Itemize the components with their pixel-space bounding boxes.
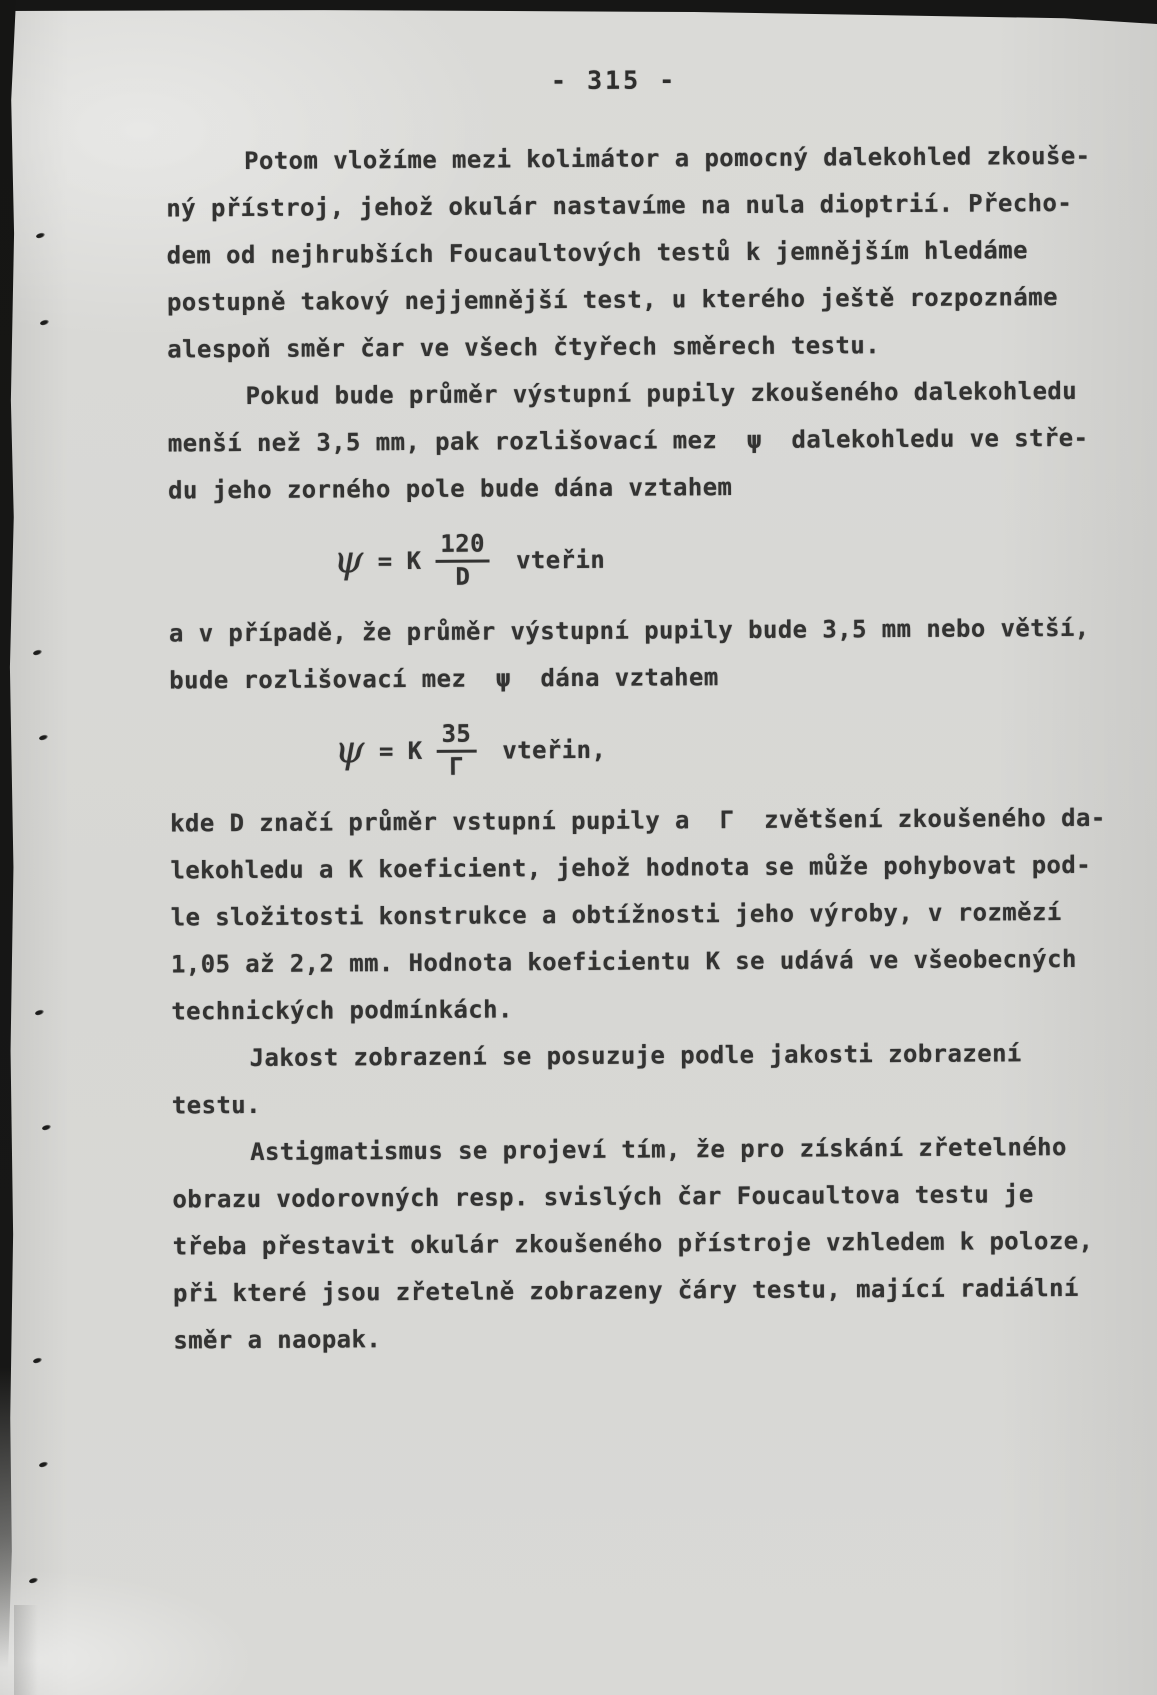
fraction: 35 Γ: [436, 721, 476, 781]
paragraph-1: Potom vložíme mezi kolimátor a pomocný d…: [166, 132, 1157, 373]
paragraph-4: kde D značí průměr vstupní pupily a Γ zv…: [170, 794, 1157, 1035]
formula-2: ψ = K 35 Γ vteřin,: [169, 698, 1157, 800]
text-line: technických podmínkách.: [171, 982, 1157, 1035]
text-line: menší než 3,5 mm, pak rozlišovací mez ψ …: [168, 414, 1157, 467]
coefficient-k: K: [408, 727, 423, 774]
text-line: testu.: [172, 1076, 1157, 1129]
fraction-numerator: 120: [435, 530, 490, 562]
text-line: při které jsou zřetelně zobrazeny čáry t…: [173, 1264, 1157, 1317]
paragraph-2: Pokud bude průměr výstupní pupily zkouše…: [167, 367, 1157, 514]
text-line: le složitosti konstrukce a obtížnosti je…: [171, 888, 1157, 941]
text-line: Jakost zobrazení se posuzuje podle jakos…: [171, 1029, 1157, 1082]
text-line: postupně takový nejjemnější test, u kter…: [167, 273, 1157, 326]
paragraph-6: Astigmatismus se projeví tím, že pro zís…: [172, 1123, 1157, 1364]
document-body: Potom vložíme mezi kolimátor a pomocný d…: [166, 132, 1157, 1364]
text-line: du jeho zorného pole bude dána vztahem: [168, 461, 1157, 514]
psi-symbol: ψ: [335, 730, 365, 768]
text-line: lekohledu a K koeficient, jehož hodnota …: [170, 841, 1157, 894]
text-line: alespoň směr čar ve všech čtyřech směrec…: [167, 320, 1157, 373]
formula-unit: vteřin,: [490, 726, 606, 774]
text-line: třeba přestavit okulár zkoušeného přístr…: [173, 1217, 1157, 1270]
text-line: směr a naopak.: [173, 1311, 1157, 1364]
coefficient-k: K: [406, 537, 421, 584]
text-line: obrazu vodorovných resp. svislých čar Fo…: [172, 1170, 1157, 1223]
text-line: bude rozlišovací mez ψ dána vztahem: [169, 651, 1157, 704]
paragraph-3: a v případě, že průměr výstupní pupily b…: [169, 604, 1157, 704]
text-line: ný přístroj, jehož okulár nastavíme na n…: [166, 179, 1156, 232]
text-line: Pokud bude průměr výstupní pupily zkouše…: [167, 367, 1157, 420]
fraction-denominator: D: [455, 562, 470, 591]
page-number: - 315 -: [0, 62, 1153, 98]
fraction-denominator: Γ: [449, 752, 464, 781]
text-line: dem od nejhrubších Foucaultových testů k…: [167, 226, 1157, 279]
text-line: 1,05 až 2,2 mm. Hodnota koeficientu K se…: [171, 935, 1157, 988]
formula-1: ψ = K 120 D vteřin: [168, 508, 1157, 610]
fraction: 120 D: [435, 530, 490, 591]
text-line: a v případě, že průměr výstupní pupily b…: [169, 604, 1157, 657]
fraction-numerator: 35: [436, 721, 476, 753]
text-line: kde D značí průměr vstupní pupily a Γ zv…: [170, 794, 1157, 847]
paragraph-5: Jakost zobrazení se posuzuje podle jakos…: [171, 1029, 1157, 1129]
text-line: Astigmatismus se projeví tím, že pro zís…: [172, 1123, 1157, 1176]
scanned-document-page: - 315 - Potom vložíme mezi kolimátor a p…: [0, 0, 1157, 1695]
equals-sign: =: [378, 538, 393, 585]
psi-symbol: ψ: [333, 540, 363, 578]
formula-unit: vteřin: [504, 536, 605, 584]
page-content: - 315 - Potom vložíme mezi kolimátor a p…: [0, 0, 1157, 1695]
equals-sign: =: [379, 728, 394, 775]
text-line: Potom vložíme mezi kolimátor a pomocný d…: [166, 132, 1156, 185]
